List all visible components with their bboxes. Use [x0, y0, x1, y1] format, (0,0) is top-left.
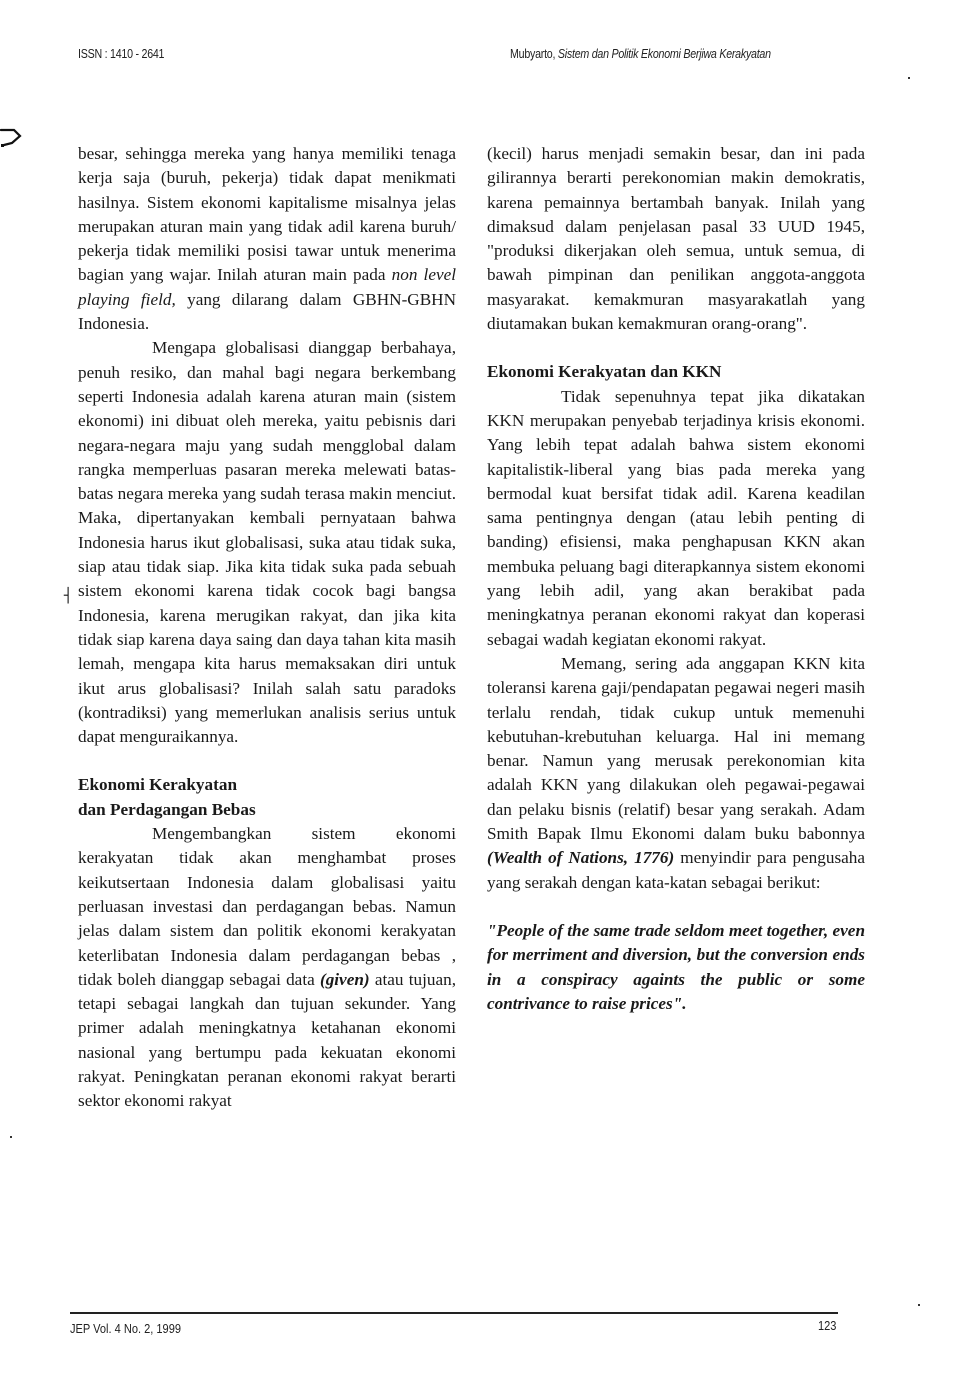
margin-tick-mark-icon: ┤ — [64, 588, 72, 604]
running-header-title: Mubyarto, Sistem dan Politik Ekonomi Ber… — [510, 46, 771, 61]
footer-journal-info: JEP Vol. 4 No. 2, 1999 — [70, 1321, 181, 1336]
scan-speck — [918, 1304, 920, 1306]
paragraph-right-2: Tidak sepenuhnya tepat jika dikatakan KK… — [487, 385, 865, 652]
page-number: 123 — [818, 1318, 836, 1333]
italic-citation: (Wealth of Nations, 1776) — [487, 848, 674, 867]
paragraph-left-2: Mengapa globalisasi dianggap berbahaya, … — [78, 336, 456, 749]
footer-rule — [70, 1312, 838, 1314]
spacer — [487, 895, 865, 919]
left-column: besar, sehingga mereka yang hanya memili… — [78, 142, 456, 1114]
running-header-issn: ISSN : 1410 - 2641 — [78, 46, 164, 61]
paragraph-right-3: Memang, sering ada anggapan KKN kita tol… — [487, 652, 865, 895]
section-heading-kkn: Ekonomi Kerakyatan dan KKN — [487, 360, 865, 384]
adam-smith-quote: "People of the same trade seldom meet to… — [487, 919, 865, 1016]
header-article-title: Sistem dan Politik Ekonomi Berjiwa Kerak… — [558, 46, 771, 61]
paragraph-right-1: (kecil) harus menjadi semakin besar, dan… — [487, 142, 865, 336]
spacer — [487, 336, 865, 360]
right-column: (kecil) harus menjadi semakin besar, dan… — [487, 142, 865, 1016]
scan-speck — [10, 1136, 12, 1138]
italic-term: (given) — [320, 970, 370, 989]
section-heading-perdagangan-bebas: Ekonomi Kerakyatandan Perdagangan Bebas — [78, 773, 456, 822]
header-author: Mubyarto, — [510, 46, 558, 61]
paragraph-left-3: Mengembangkan sistem ekonomi kerakyatan … — [78, 822, 456, 1114]
spacer — [78, 749, 456, 773]
scan-speck — [908, 77, 910, 79]
paragraph-left-1: besar, sehingga mereka yang hanya memili… — [78, 142, 456, 336]
handwritten-arrow-mark-icon — [0, 126, 24, 148]
